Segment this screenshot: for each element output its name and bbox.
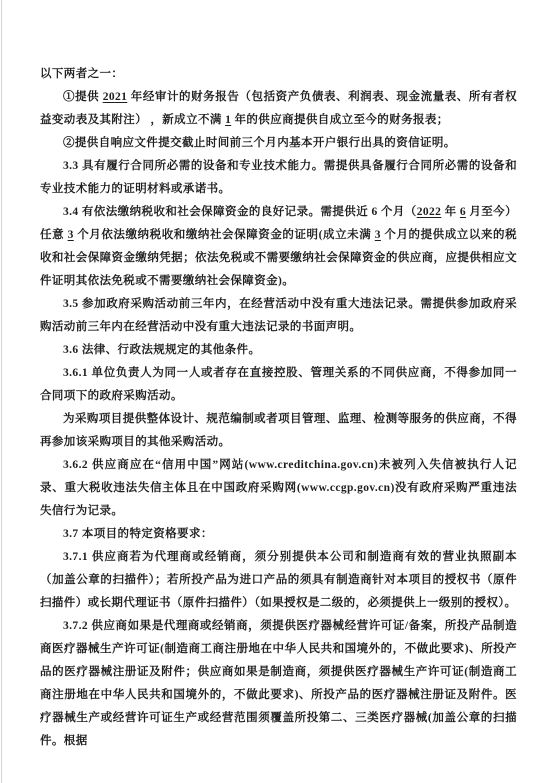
text-segment: 3.7.1 供应商若为代理商或经销商，须分别提供本公司和制造商有效的营业执照副本… xyxy=(40,551,517,609)
text-segment: 3.7.2 供应商如果是代理商或经销商，须提供医疗器械经营许可证/备案，所投产品… xyxy=(40,620,517,747)
paragraph-item-circle-2: ②提供自响应文件提交截止时间前三个月内基本开户银行出具的资信证明。 xyxy=(40,132,517,155)
paragraph-clause-3-7-1: 3.7.1 供应商若为代理商或经销商，须分别提供本公司和制造商有效的营业执照副本… xyxy=(40,546,517,615)
text-segment: 3.6.1 单位负责人为同一人或者存在直接控股、管理关系的不同供应商，不得参加同… xyxy=(40,367,517,402)
document-content: 以下两者之一：①提供 2021 年经审计的财务报告（包括资产负债表、利润表、现金… xyxy=(40,63,517,753)
text-segment: 年 xyxy=(441,206,460,218)
paragraph-item-circle-1: ①提供 2021 年经审计的财务报告（包括资产负债表、利润表、现金流量表、所有者… xyxy=(40,86,517,132)
document-page: 以下两者之一：①提供 2021 年经审计的财务报告（包括资产负债表、利润表、现金… xyxy=(0,0,556,783)
underlined-value: 2022 xyxy=(417,206,442,218)
paragraph-clause-3-7: 3.7 本项目的特定资格要求： xyxy=(40,523,517,546)
text-segment: 为采购项目提供整体设计、规范编制或者项目管理、监理、检测等服务的供应商，不得再参… xyxy=(40,413,517,448)
underlined-value: 2021 xyxy=(103,91,128,103)
paragraph-clause-3-6-2: 3.6.2 供应商应在“信用中国”网站(www.creditchina.gov.… xyxy=(40,454,517,523)
text-segment: 3.5 参加政府采购活动前三年内，在经营活动中没有重大违法记录。需提供参加政府采… xyxy=(40,298,517,333)
paragraph-clause-3-6-1-note: 为采购项目提供整体设计、规范编制或者项目管理、监理、检测等服务的供应商，不得再参… xyxy=(40,408,517,454)
text-segment: 3.4 有依法缴纳税收和社会保障资金的良好记录。需提供近 6 个月（ xyxy=(63,206,417,218)
paragraph-clause-3-5: 3.5 参加政府采购活动前三年内，在经营活动中没有重大违法记录。需提供参加政府采… xyxy=(40,293,517,339)
text-segment: 以下两者之一： xyxy=(40,68,123,80)
paragraph-clause-3-6: 3.6 法律、行政法规规定的其他条件。 xyxy=(40,339,517,362)
paragraph-clause-3-6-1: 3.6.1 单位负责人为同一人或者存在直接控股、管理关系的不同供应商，不得参加同… xyxy=(40,362,517,408)
text-segment: 3.6 法律、行政法规规定的其他条件。 xyxy=(63,344,260,356)
text-segment: ①提供 xyxy=(63,91,103,103)
text-segment: 个月依法缴纳税收和缴纳社会保障资金的证明(成立未满 xyxy=(74,229,375,241)
page-left-edge-line xyxy=(1,0,2,783)
paragraph-clause-3-3: 3.3 具有履行合同所必需的设备和专业技术能力。需提供具备履行合同所必需的设备和… xyxy=(40,155,517,201)
text-segment: 年的供应商提供自成立至今的财务报表； xyxy=(231,114,448,126)
text-segment: ②提供自响应文件提交截止时间前三个月内基本开户银行出具的资信证明。 xyxy=(63,137,456,149)
paragraph-intro-line: 以下两者之一： xyxy=(40,63,517,86)
text-segment: 3.7 本项目的特定资格要求： xyxy=(63,528,213,540)
text-segment: 3.3 具有履行合同所必需的设备和专业技术能力。需提供具备履行合同所必需的设备和… xyxy=(40,160,517,195)
text-segment: 3.6.2 供应商应在“信用中国”网站(www.creditchina.gov.… xyxy=(40,459,517,517)
paragraph-clause-3-4: 3.4 有依法缴纳税收和社会保障资金的良好记录。需提供近 6 个月（2022 年… xyxy=(40,201,517,293)
paragraph-clause-3-7-2: 3.7.2 供应商如果是代理商或经销商，须提供医疗器械经营许可证/备案，所投产品… xyxy=(40,615,517,753)
